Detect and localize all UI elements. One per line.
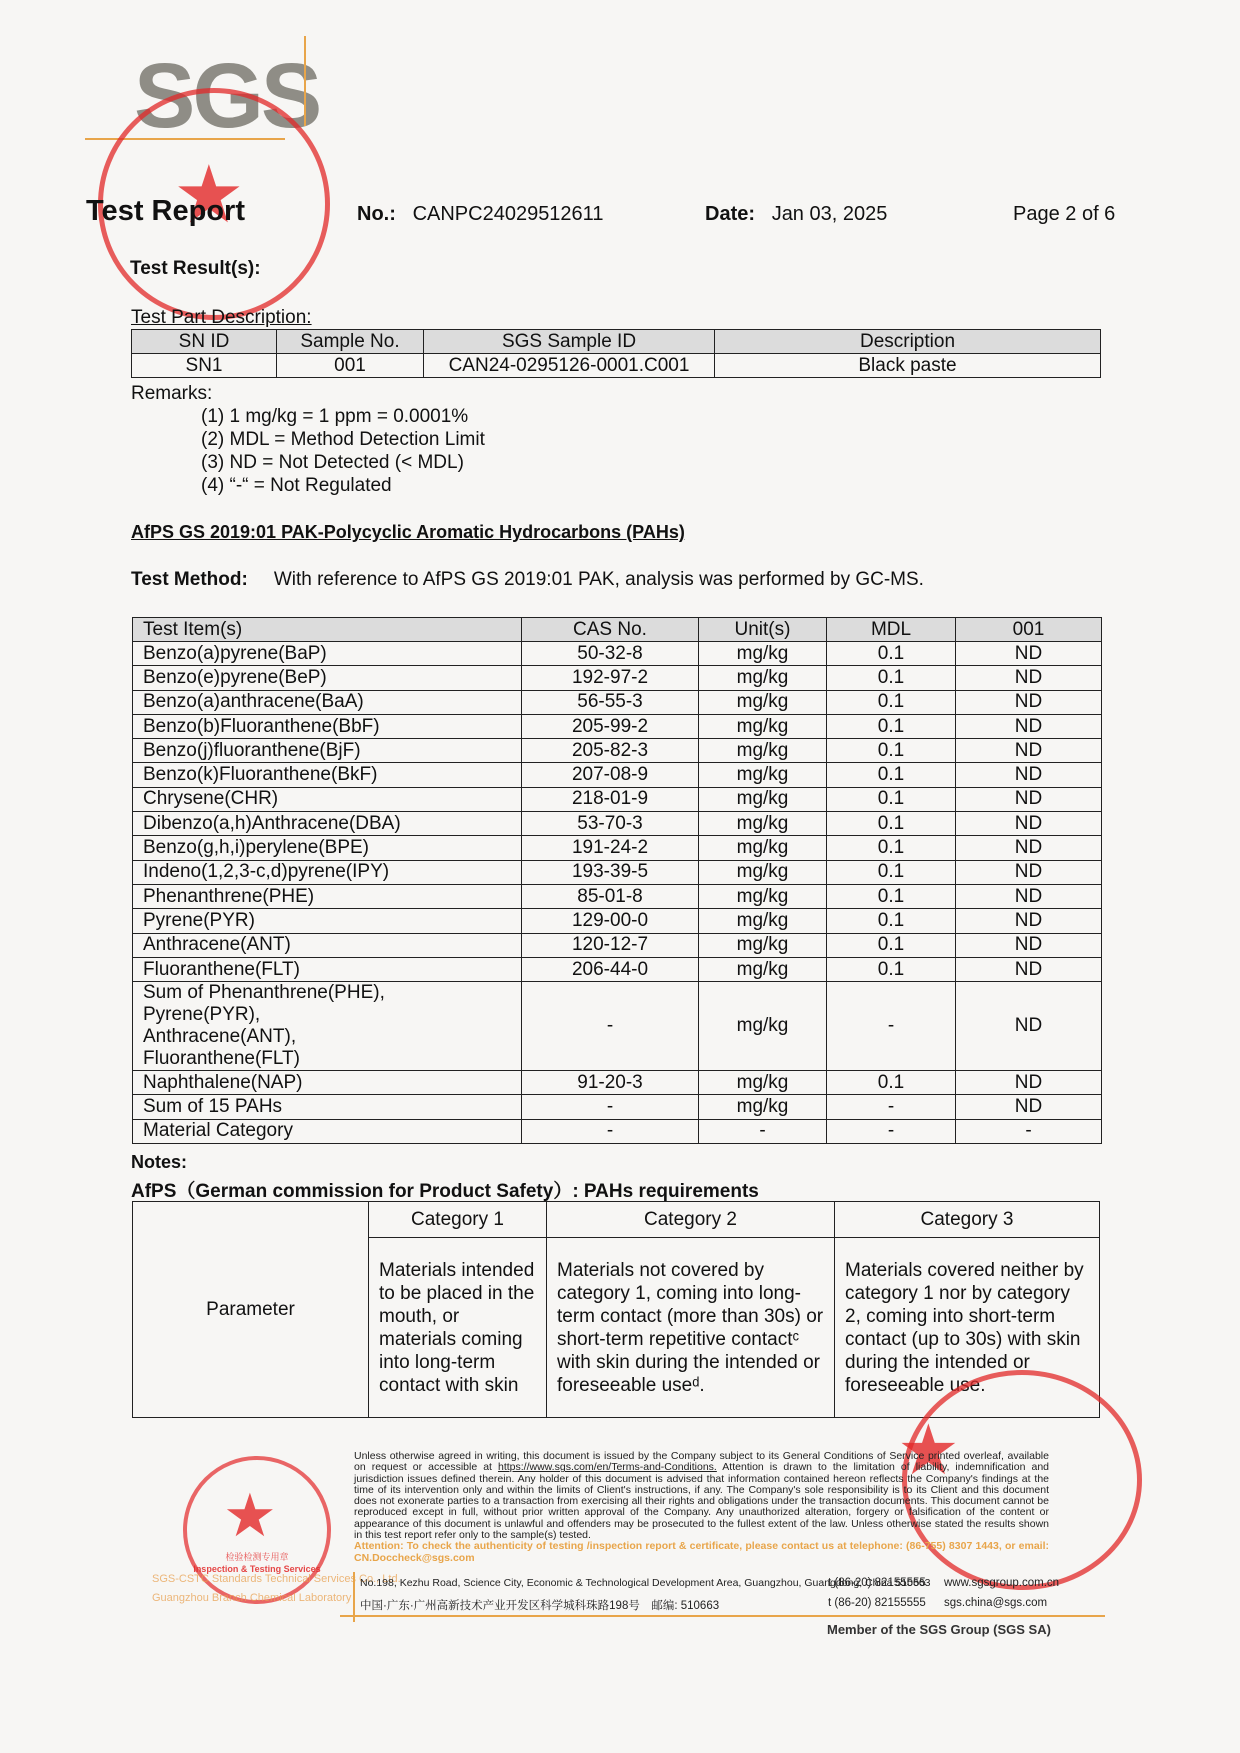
pah-results-table: Test Item(s)CAS No.Unit(s)MDL001 Benzo(a… (132, 617, 1102, 1144)
table-cell: mg/kg (699, 982, 827, 1071)
table-row: Benzo(k)Fluoranthene(BkF)207-08-9mg/kg0.… (133, 763, 1102, 787)
column-header: MDL (827, 618, 956, 642)
table-row: Phenanthrene(PHE)85-01-8mg/kg0.1ND (133, 884, 1102, 908)
star-icon: ★ (223, 1486, 277, 1546)
table-cell: ND (956, 812, 1102, 836)
column-header: 001 (956, 618, 1102, 642)
table-cell: 0.1 (827, 836, 956, 860)
remark-item: (2) MDL = Method Detection Limit (201, 428, 485, 451)
table-cell: ND (956, 1095, 1102, 1119)
part-description-table: SN IDSample No.SGS Sample IDDescription … (131, 329, 1101, 378)
table-cell: 192-97-2 (522, 666, 699, 690)
page-number: Page 2 of 6 (1013, 203, 1115, 226)
table-cell: - (827, 982, 956, 1071)
table-cell: Dibenzo(a,h)Anthracene(DBA) (133, 812, 522, 836)
table-row: Benzo(b)Fluoranthene(BbF)205-99-2mg/kg0.… (133, 714, 1102, 738)
notes-label: Notes: (131, 1152, 187, 1173)
footer-rule (340, 1615, 1105, 1617)
table-cell: - (956, 1119, 1102, 1143)
test-results-heading: Test Result(s): (130, 258, 261, 280)
afps-category-table: Parameter Category 1 Category 2 Category… (132, 1201, 1100, 1418)
column-header: SN ID (132, 330, 277, 354)
table-cell: 120-12-7 (522, 933, 699, 957)
table-cell: Benzo(a)pyrene(BaP) (133, 642, 522, 666)
table-row: SN1001CAN24-0295126-0001.C001Black paste (132, 354, 1101, 378)
email-link[interactable]: sgs.china@sgs.com (944, 1597, 1047, 1609)
table-cell: 0.1 (827, 909, 956, 933)
table-cell: - (827, 1095, 956, 1119)
phone-2: t (86-20) 82155555 (828, 1597, 926, 1609)
report-number-value: CANPC24029512611 (413, 203, 604, 225)
category-2-description: Materials not covered by category 1, com… (547, 1238, 835, 1418)
column-header: Sample No. (277, 330, 424, 354)
table-cell: ND (956, 1071, 1102, 1095)
table-cell: Benzo(j)fluoranthene(BjF) (133, 739, 522, 763)
table-cell: 0.1 (827, 933, 956, 957)
table-cell: 0.1 (827, 812, 956, 836)
table-row: Material Category---- (133, 1119, 1102, 1143)
table-cell: - (699, 1119, 827, 1143)
table-cell: 0.1 (827, 884, 956, 908)
column-header: CAS No. (522, 618, 699, 642)
table-cell: mg/kg (699, 909, 827, 933)
table-cell: mg/kg (699, 860, 827, 884)
table-cell: mg/kg (699, 1071, 827, 1095)
table-cell: 56-55-3 (522, 690, 699, 714)
table-row: Pyrene(PYR)129-00-0mg/kg0.1ND (133, 909, 1102, 933)
table-cell: Phenanthrene(PHE) (133, 884, 522, 908)
test-method-text: With reference to AfPS GS 2019:01 PAK, a… (274, 569, 924, 590)
standard-title: AfPS GS 2019:01 PAK-Polycyclic Aromatic … (131, 522, 685, 543)
table-cell: 0.1 (827, 739, 956, 763)
table-cell: Benzo(e)pyrene(BeP) (133, 666, 522, 690)
category-1-description: Materials intended to be placed in the m… (369, 1238, 547, 1418)
table-cell: 0.1 (827, 787, 956, 811)
table-cell: 0.1 (827, 1071, 956, 1095)
table-row: Benzo(g,h,i)perylene(BPE)191-24-2mg/kg0.… (133, 836, 1102, 860)
report-date-label: Date: (705, 203, 755, 225)
table-cell: 218-01-9 (522, 787, 699, 811)
report-number-label: No.: (357, 203, 396, 225)
table-cell: Fluoranthene(FLT) (133, 957, 522, 981)
table-cell: 129-00-0 (522, 909, 699, 933)
table-cell: 0.1 (827, 957, 956, 981)
table-cell: Benzo(g,h,i)perylene(BPE) (133, 836, 522, 860)
table-cell: ND (956, 909, 1102, 933)
remarks-list: (1) 1 mg/kg = 1 ppm = 0.0001%(2) MDL = M… (201, 405, 485, 497)
table-cell: mg/kg (699, 812, 827, 836)
table-cell: ND (956, 836, 1102, 860)
table-row: Benzo(a)anthracene(BaA)56-55-3mg/kg0.1ND (133, 690, 1102, 714)
table-cell: 191-24-2 (522, 836, 699, 860)
table-cell: mg/kg (699, 933, 827, 957)
report-date: Date: Jan 03, 2025 (705, 203, 887, 226)
table-cell: Anthracene(ANT) (133, 933, 522, 957)
table-row: Chrysene(CHR)218-01-9mg/kg0.1ND (133, 787, 1102, 811)
report-date-value: Jan 03, 2025 (772, 203, 888, 225)
column-header: SGS Sample ID (424, 330, 715, 354)
table-cell: - (522, 1095, 699, 1119)
table-row: Naphthalene(NAP)91-20-3mg/kg0.1ND (133, 1071, 1102, 1095)
remark-item: (3) ND = Not Detected (< MDL) (201, 451, 485, 474)
table-cell: ND (956, 763, 1102, 787)
table-cell: 50-32-8 (522, 642, 699, 666)
table-cell: 0.1 (827, 642, 956, 666)
table-cell: mg/kg (699, 763, 827, 787)
table-cell: 0.1 (827, 860, 956, 884)
table-cell: Benzo(a)anthracene(BaA) (133, 690, 522, 714)
table-cell: ND (956, 982, 1102, 1071)
table-cell: 0.1 (827, 763, 956, 787)
table-cell: ND (956, 690, 1102, 714)
table-cell: 205-82-3 (522, 739, 699, 763)
table-row: Benzo(j)fluoranthene(BjF)205-82-3mg/kg0.… (133, 739, 1102, 763)
remark-item: (1) 1 mg/kg = 1 ppm = 0.0001% (201, 405, 485, 428)
website-link[interactable]: www.sgsgroup.com.cn (944, 1577, 1059, 1589)
table-cell: 206-44-0 (522, 957, 699, 981)
table-cell: - (522, 982, 699, 1071)
column-header: Unit(s) (699, 618, 827, 642)
table-cell: Naphthalene(NAP) (133, 1071, 522, 1095)
table-cell: 207-08-9 (522, 763, 699, 787)
table-cell: Material Category (133, 1119, 522, 1143)
table-cell: 85-01-8 (522, 884, 699, 908)
table-row: Anthracene(ANT)120-12-7mg/kg0.1ND (133, 933, 1102, 957)
table-cell: - (827, 1119, 956, 1143)
part-description-label: Test Part Description: (131, 307, 312, 329)
table-cell: mg/kg (699, 836, 827, 860)
table-cell: mg/kg (699, 957, 827, 981)
column-header: Test Item(s) (133, 618, 522, 642)
table-cell: 001 (277, 354, 424, 378)
terms-link[interactable]: https://www.sgs.com/en/Terms-and-Conditi… (498, 1461, 717, 1473)
stamp-cn-label: 检验检测专用章 (201, 1550, 313, 1563)
table-cell: ND (956, 933, 1102, 957)
table-cell: ND (956, 714, 1102, 738)
table-cell: Sum of Phenanthrene(PHE), Pyrene(PYR), A… (133, 982, 522, 1071)
table-cell: ND (956, 884, 1102, 908)
table-row: Dibenzo(a,h)Anthracene(DBA)53-70-3mg/kg0… (133, 812, 1102, 836)
report-number: No.: CANPC24029512611 (357, 203, 603, 226)
table-cell: mg/kg (699, 739, 827, 763)
authenticity-notice: Attention: To check the authenticity of … (354, 1541, 1049, 1564)
report-title: Test Report (86, 195, 245, 228)
remarks: Remarks: (1) 1 mg/kg = 1 ppm = 0.0001%(2… (131, 382, 485, 497)
table-cell: CAN24-0295126-0001.C001 (424, 354, 715, 378)
table-cell: SN1 (132, 354, 277, 378)
table-cell: ND (956, 860, 1102, 884)
category-2-header: Category 2 (547, 1202, 835, 1238)
table-cell: 53-70-3 (522, 812, 699, 836)
table-row: Sum of 15 PAHs-mg/kg-ND (133, 1095, 1102, 1119)
table-cell: 193-39-5 (522, 860, 699, 884)
table-cell: mg/kg (699, 714, 827, 738)
table-cell: 91-20-3 (522, 1071, 699, 1095)
table-cell: Sum of 15 PAHs (133, 1095, 522, 1119)
table-row: Indeno(1,2,3-c,d)pyrene(IPY)193-39-5mg/k… (133, 860, 1102, 884)
category-1-header: Category 1 (369, 1202, 547, 1238)
table-cell: Benzo(k)Fluoranthene(BkF) (133, 763, 522, 787)
table-cell: 0.1 (827, 666, 956, 690)
table-row: Fluoranthene(FLT)206-44-0mg/kg0.1ND (133, 957, 1102, 981)
legal-disclaimer: Unless otherwise agreed in writing, this… (354, 1451, 1049, 1564)
category-3-header: Category 3 (835, 1202, 1100, 1238)
table-cell: Pyrene(PYR) (133, 909, 522, 933)
table-cell: ND (956, 666, 1102, 690)
table-cell: ND (956, 957, 1102, 981)
table-cell: ND (956, 642, 1102, 666)
table-cell: Chrysene(CHR) (133, 787, 522, 811)
sgs-membership: Member of the SGS Group (SGS SA) (827, 1622, 1051, 1637)
table-cell: mg/kg (699, 787, 827, 811)
parameter-cell: Parameter (133, 1202, 369, 1418)
table-cell: Indeno(1,2,3-c,d)pyrene(IPY) (133, 860, 522, 884)
remarks-label: Remarks: (131, 382, 485, 405)
table-cell: Benzo(b)Fluoranthene(BbF) (133, 714, 522, 738)
table-cell: 0.1 (827, 714, 956, 738)
table-row: Benzo(a)pyrene(BaP)50-32-8mg/kg0.1ND (133, 642, 1102, 666)
afps-requirements-title: AfPS（German commission for Product Safet… (131, 1176, 759, 1203)
table-cell: mg/kg (699, 642, 827, 666)
remark-item: (4) “-“ = Not Regulated (201, 474, 485, 497)
table-cell: ND (956, 787, 1102, 811)
table-cell: Black paste (715, 354, 1101, 378)
table-cell: 0.1 (827, 690, 956, 714)
table-cell: mg/kg (699, 1095, 827, 1119)
table-row: Sum of Phenanthrene(PHE), Pyrene(PYR), A… (133, 982, 1102, 1071)
table-cell: mg/kg (699, 690, 827, 714)
column-header: Description (715, 330, 1101, 354)
logo-rule-vertical (304, 36, 306, 126)
address-chinese: 中国·广东·广州高新技术产业开发区科学城科珠路198号 邮编: 510663 (360, 1597, 719, 1613)
table-cell: mg/kg (699, 666, 827, 690)
table-cell: ND (956, 739, 1102, 763)
table-row: Benzo(e)pyrene(BeP)192-97-2mg/kg0.1ND (133, 666, 1102, 690)
table-cell: - (522, 1119, 699, 1143)
table-cell: mg/kg (699, 884, 827, 908)
table-cell: 205-99-2 (522, 714, 699, 738)
disclaimer-text-cont: Attention is drawn to the limitation of … (354, 1461, 1049, 1541)
test-method: Test Method:With reference to AfPS GS 20… (131, 569, 924, 591)
phone-1: t (86-20) 82155555 (828, 1577, 926, 1589)
test-method-label: Test Method: (131, 569, 248, 590)
